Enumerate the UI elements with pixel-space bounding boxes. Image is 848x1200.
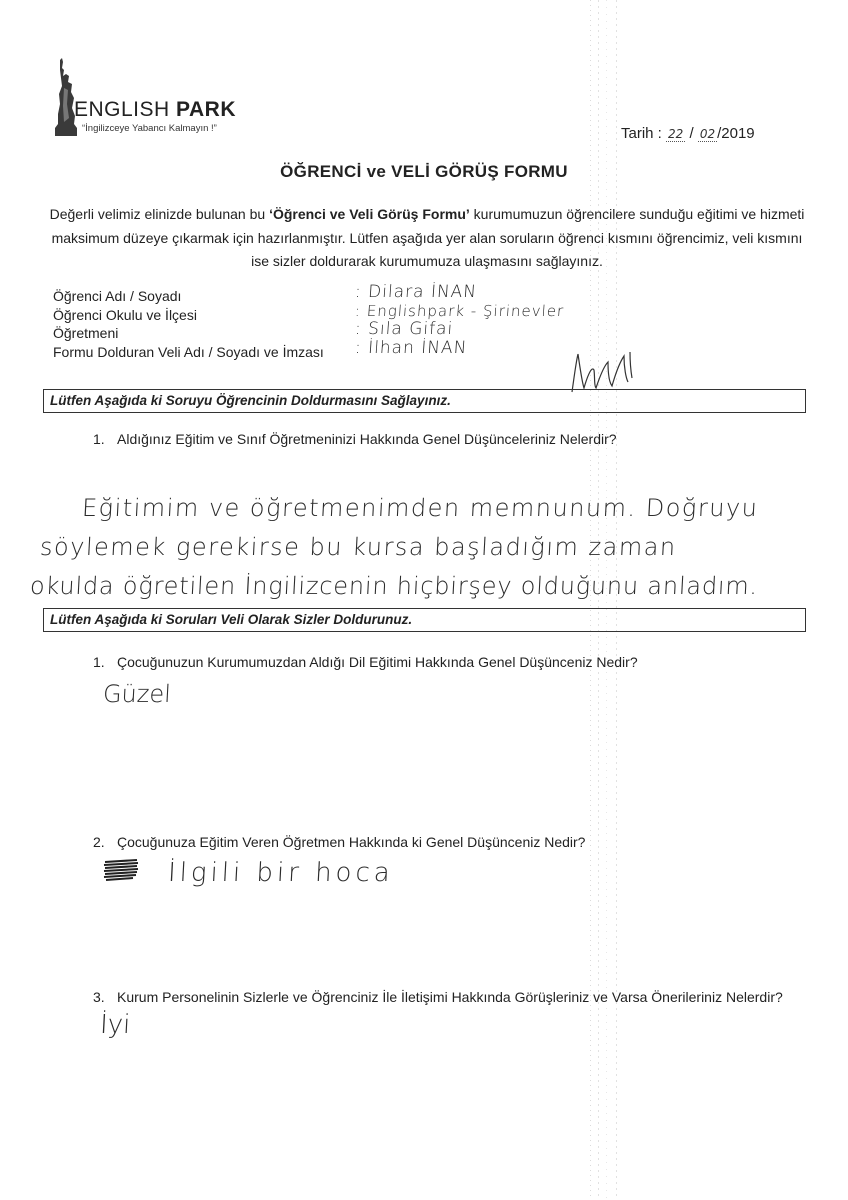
student-answer-line-2[interactable]: söylemek gerekirse bu kursa başladığım z…: [39, 533, 677, 561]
date-month[interactable]: 02: [698, 127, 717, 142]
field-value[interactable]: : Sıla Gifai: [354, 320, 454, 339]
date-year: /2019: [717, 125, 755, 142]
form-title: ÖĞRENCİ ve VELİ GÖRÜŞ FORMU: [0, 162, 848, 182]
field-value[interactable]: : Englishpark - Şirinevler: [354, 302, 564, 321]
brand-name: ENGLISH PARK: [74, 98, 236, 122]
field-value[interactable]: : İlhan İNAN: [354, 339, 468, 358]
field-label: Öğretmeni: [53, 324, 118, 343]
parent-question-3: 3.Kurum Personelinin Sizlerle ve Öğrenci…: [93, 989, 783, 1005]
statue-of-liberty-icon: [52, 58, 80, 136]
date-field: Tarih : 22 / 02/2019: [621, 125, 755, 142]
student-section-heading: Lütfen Aşağıda ki Soruyu Öğrencinin Dold…: [43, 389, 806, 413]
info-fields: Öğrenci Adı / Soyadı : Dilara İNAN Öğren…: [53, 287, 613, 361]
student-answer-line-1[interactable]: Eğitimim ve öğretmenimden memnunum. Doğr…: [81, 494, 759, 522]
field-label: Öğrenci Okulu ve İlçesi: [53, 306, 197, 325]
parent-section-heading: Lütfen Aşağıda ki Soruları Veli Olarak S…: [43, 608, 806, 632]
intro-paragraph: Değerli velimiz elinizde bulunan bu ‘Öğr…: [46, 203, 808, 274]
field-label: Formu Dolduran Veli Adı / Soyadı ve İmza…: [53, 343, 324, 362]
parent-question-2: 2.Çocuğunuza Eğitim Veren Öğretmen Hakkı…: [93, 834, 585, 850]
student-question-1: 1.Aldığınız Eğitim ve Sınıf Öğretmeniniz…: [93, 431, 617, 447]
parent-question-1: 1.Çocuğunuzun Kurumumuzdan Aldığı Dil Eğ…: [93, 654, 638, 670]
handwritten-signature-icon: [568, 348, 638, 393]
parent-answer-3[interactable]: İyi: [99, 1010, 131, 1040]
scribbled-out-text-icon: [103, 858, 139, 882]
student-answer-line-3[interactable]: okulda öğretilen İngilizcenin hiçbirşey …: [29, 572, 758, 600]
parent-answer-1[interactable]: Güzel: [102, 680, 171, 708]
date-label: Tarih :: [621, 125, 662, 142]
date-day[interactable]: 22: [666, 127, 685, 142]
field-parent-name-signature: Formu Dolduran Veli Adı / Soyadı ve İmza…: [53, 343, 613, 362]
brand-slogan: “İngilizceye Yabancı Kalmayın !”: [82, 123, 217, 134]
parent-answer-2[interactable]: İlgili bir hoca: [167, 858, 394, 888]
field-value[interactable]: : Dilara İNAN: [354, 283, 477, 302]
english-park-logo: ENGLISH PARK “İngilizceye Yabancı Kalmay…: [52, 58, 252, 138]
field-teacher: Öğretmeni : Sıla Gifai: [53, 324, 613, 343]
field-label: Öğrenci Adı / Soyadı: [53, 287, 181, 306]
field-student-school: Öğrenci Okulu ve İlçesi : Englishpark - …: [53, 306, 613, 325]
